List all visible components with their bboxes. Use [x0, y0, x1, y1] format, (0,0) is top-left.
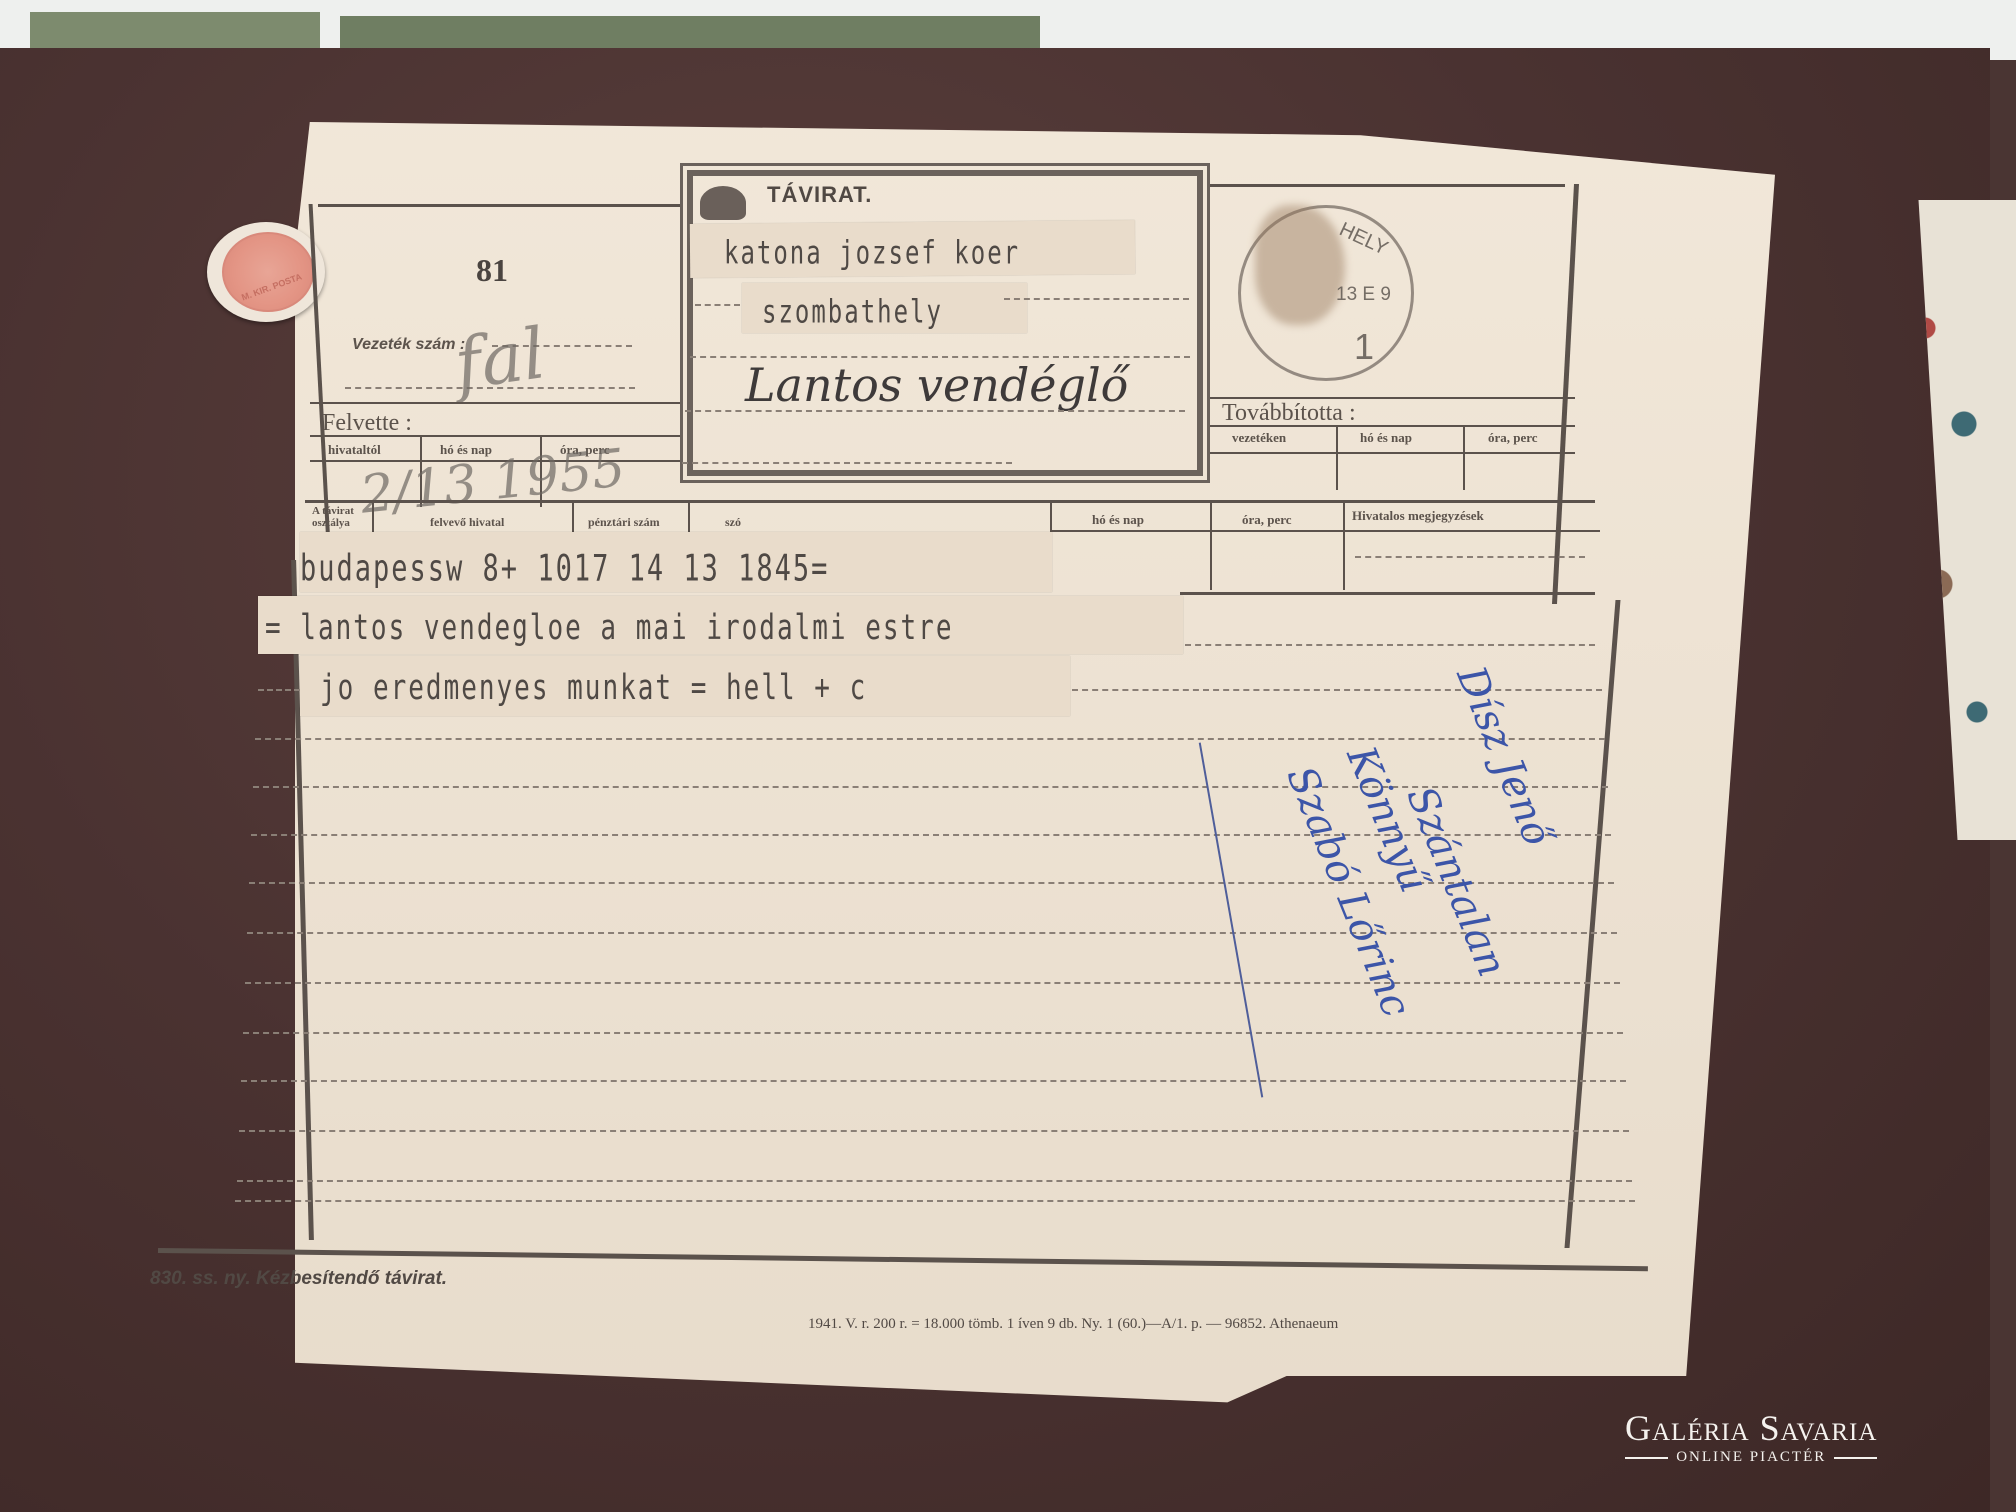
watermark-sub-label: ONLINE PIACTÉR — [1676, 1449, 1826, 1466]
felvette-bottom-line — [305, 500, 1595, 503]
info-col-divider-1 — [372, 502, 374, 532]
info-col-szo: szó — [725, 515, 741, 530]
info-bottom-line — [1180, 592, 1595, 595]
message-line-dash-2 — [258, 689, 300, 691]
form-top-border — [318, 204, 680, 207]
felvette-header-line — [310, 435, 680, 437]
form-top-border-right — [1210, 184, 1565, 187]
info-header-line — [1050, 530, 1600, 532]
info-col-hivatalos-megjegyzesek: Hivatalos megjegyzések — [1352, 508, 1484, 524]
message-line-dash-4 — [253, 786, 1608, 788]
crown-coat-of-arms-icon — [700, 186, 746, 220]
info-col-divider-5 — [1210, 500, 1212, 590]
tovabbitotta-col-divider-2 — [1463, 426, 1465, 490]
address-line-4-dash — [685, 410, 1185, 412]
address-line-1: katona jozsef koer — [724, 234, 1020, 272]
megjegyzesek-dash — [1355, 556, 1585, 558]
tovabbitotta-header-line — [1210, 425, 1575, 427]
vezetek-pencil-note: fal — [450, 312, 551, 406]
tovabbitotta-col-ora-perc: óra, perc — [1488, 430, 1538, 446]
message-line-dash-9 — [243, 1032, 1623, 1034]
message-line-dash-7 — [247, 932, 1617, 934]
message-line-2: jo eredmenyes munkat = hell + c — [320, 668, 867, 709]
galeria-savaria-watermark: Galéria Savaria ONLINE PIACTÉR — [1625, 1410, 1877, 1466]
telegram-header-line: budapessw 8+ 1017 14 13 1845= — [300, 548, 829, 590]
tovabbitotta-col-divider-1 — [1336, 426, 1338, 490]
postmark-date: 13 E 9 — [1336, 284, 1391, 306]
form-title: TÁVIRAT. — [767, 182, 872, 208]
message-line-dash-11 — [239, 1130, 1629, 1132]
tovabbitotta-col-vezeteken: vezetéken — [1232, 430, 1286, 446]
tovabbitotta-label: Továbbította : — [1222, 400, 1356, 427]
message-line-dash-10 — [241, 1080, 1626, 1082]
watermark-sub-text: ONLINE PIACTÉR — [1625, 1449, 1877, 1466]
address-line-5-dash — [682, 462, 1012, 464]
form-code-footer: 830. ss. ny. Kézbesítendő távirat. — [150, 1268, 447, 1290]
message-line-dash-3 — [255, 738, 1605, 740]
info-col-divider-6 — [1343, 500, 1345, 590]
address-line-2-dash-left — [695, 304, 740, 306]
tovabbitotta-row-line — [1210, 452, 1575, 454]
address-line-3-handwritten: Lantos vendéglő — [745, 358, 1128, 412]
info-col-penztari-szam: pénztári szám — [588, 515, 660, 530]
message-line-dash-8 — [245, 982, 1620, 984]
felvette-label: Felvette : — [322, 410, 412, 437]
tovabbitotta-top-line — [1210, 397, 1575, 399]
vezetek-label: Vezeték szám : — [352, 336, 465, 354]
felvette-top-line — [310, 402, 680, 404]
message-line-dash-1 — [1185, 644, 1595, 646]
felvette-col-hivataltol: hivataltól — [328, 442, 381, 458]
watermark-main-text: Galéria Savaria — [1625, 1410, 1877, 1446]
message-line-dash-12 — [237, 1180, 1632, 1182]
info-col-divider-3 — [688, 502, 690, 532]
message-line-dash-2b — [1072, 689, 1602, 691]
printer-imprint-footer: 1941. V. r. 200 r. = 18.000 tömb. 1 íven… — [808, 1316, 1338, 1333]
info-col-ora-perc: óra, perc — [1242, 512, 1292, 528]
message-line-dash-13 — [235, 1200, 1635, 1202]
address-line-2: szombathely — [762, 293, 943, 331]
tovabbitotta-col-ho-es-nap: hó és nap — [1360, 430, 1412, 446]
address-line-2-dash-right — [1004, 298, 1189, 300]
serial-number: 81 — [476, 252, 508, 289]
info-col-divider-2 — [572, 502, 574, 532]
postmark-stain — [1255, 205, 1345, 325]
info-col-ho-es-nap: hó és nap — [1092, 512, 1144, 528]
postmark-bottom: 1 — [1354, 326, 1374, 368]
message-line-1: = lantos vendegloe a mai irodalmi estre — [265, 608, 953, 649]
info-col-felvevo-hivatal: felvevő hivatal — [430, 515, 504, 530]
